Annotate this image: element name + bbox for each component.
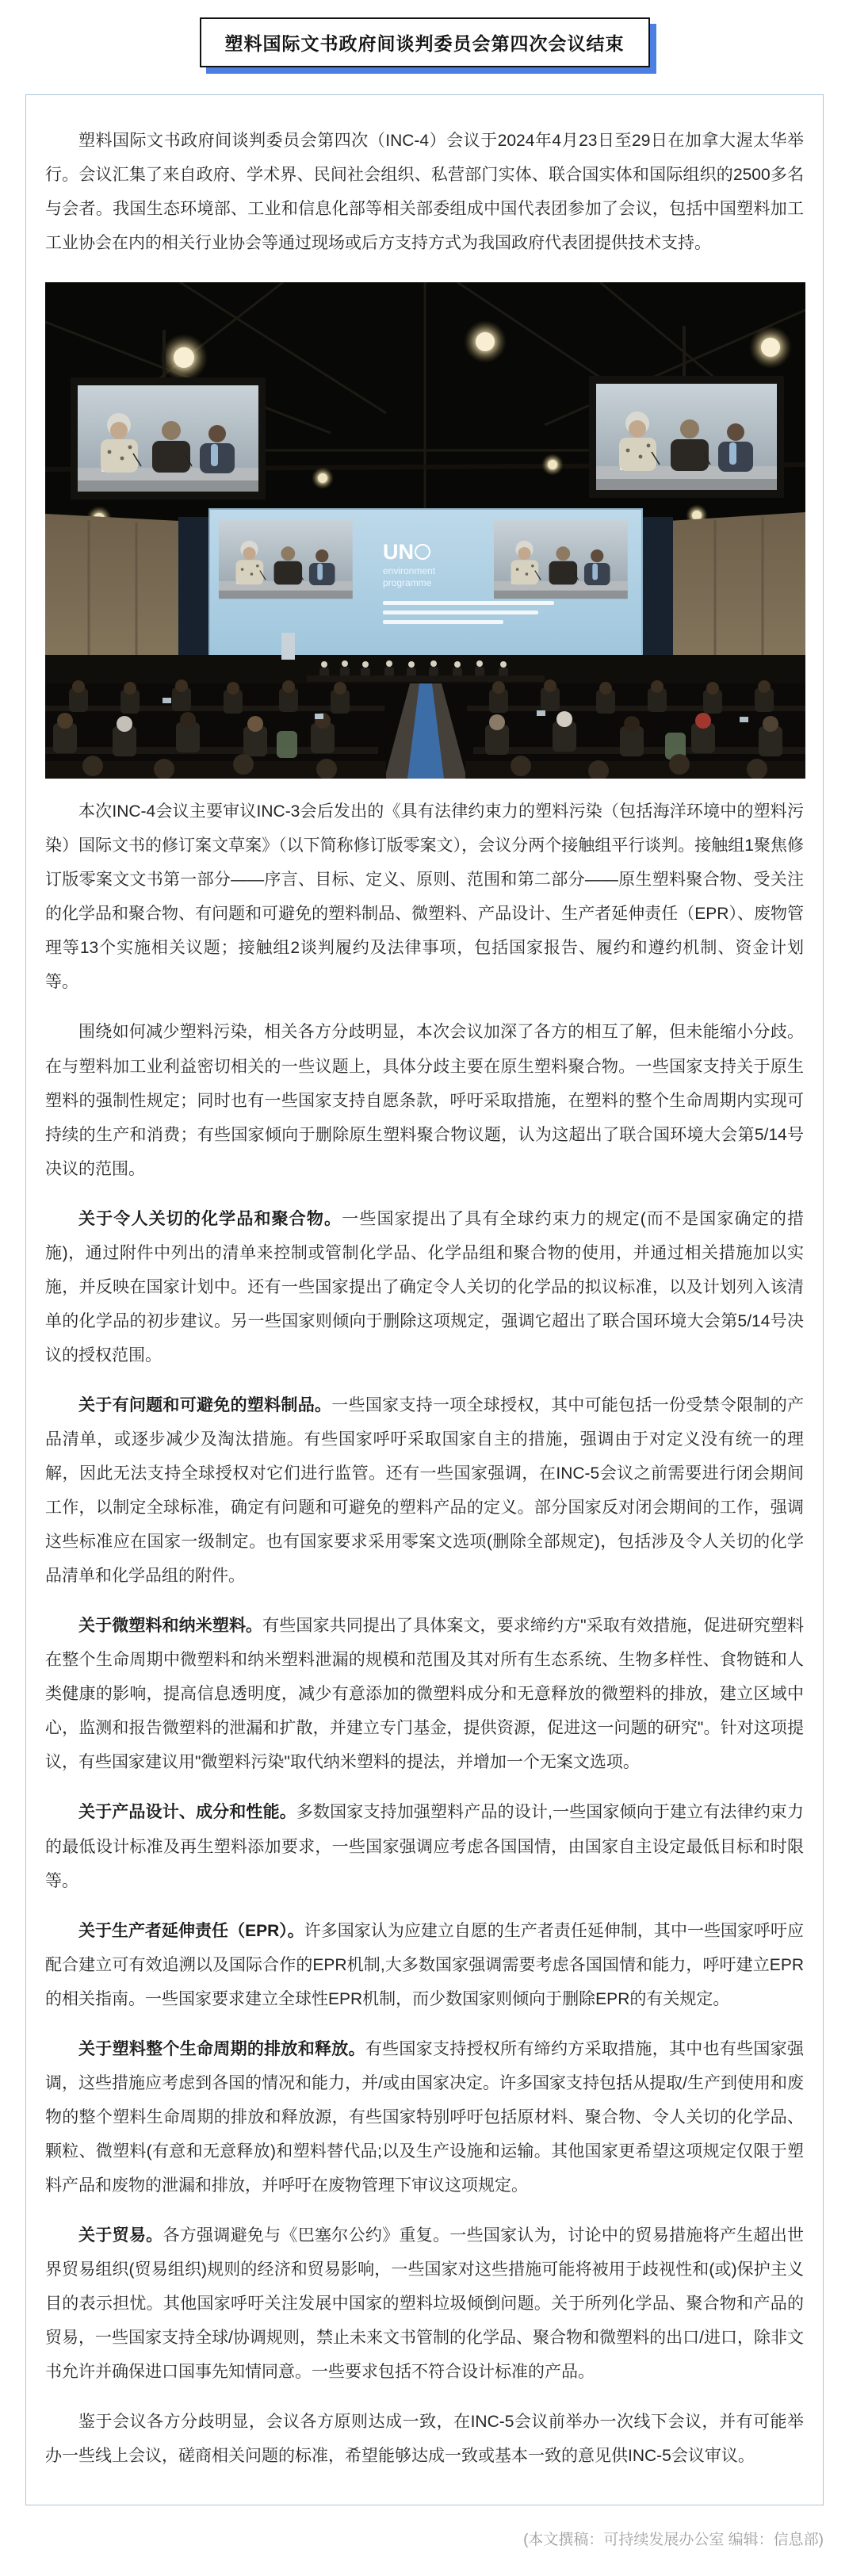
- svg-text:environment: environment: [383, 565, 436, 576]
- article-paragraph: 关于令人关切的化学品和聚合物。一些国家提出了具有全球约束力的规定(而不是国家确定…: [45, 1202, 804, 1372]
- article-paragraph: 鉴于会议各方分歧明显，会议各方原则达成一致，在INC-5会议前举办一次线下会议，…: [45, 2405, 804, 2473]
- article-header: 塑料国际文书政府间谈判委员会第四次会议结束: [0, 0, 849, 67]
- page-title: 塑料国际文书政府间谈判委员会第四次会议结束: [200, 17, 650, 67]
- svg-text:UN: UN: [383, 540, 414, 564]
- article-paragraph: 本次INC-4会议主要审议INC-3会后发出的《具有法律约束力的塑料污染（包括海…: [45, 794, 804, 999]
- article-paragraph: 关于生产者延伸责任（EPR）。许多国家认为应建立自愿的生产者责任延伸制，其中一些…: [45, 1914, 804, 2016]
- conference-photo[interactable]: UN environment programme: [45, 282, 805, 779]
- article-paragraph: 关于贸易。各方强调避免与《巴塞尔公约》重复。一些国家认为，讨论中的贸易措施将产生…: [45, 2218, 804, 2389]
- article-footer: (本文撰稿：可持续发展办公室 编辑：信息部): [25, 2528, 824, 2576]
- article-paragraph: 关于产品设计、成分和性能。多数国家支持加强塑料产品的设计,一些国家倾向于建立有法…: [45, 1795, 804, 1897]
- svg-text:programme: programme: [383, 577, 432, 588]
- article-paragraph: 关于有问题和可避免的塑料制品。一些国家支持一项全球授权，其中可能包括一份受禁令限…: [45, 1388, 804, 1593]
- article-paragraph: 关于微塑料和纳米塑料。有些国家共同提出了具体案文，要求缔约方"采取有效措施，促进…: [45, 1609, 804, 1779]
- article-paragraph: 围绕如何减少塑料污染，相关各方分歧明显，本次会议加深了各方的相互了解，但未能缩小…: [45, 1015, 804, 1185]
- article-paragraph: 关于塑料整个生命周期的排放和释放。有些国家支持授权所有缔约方采取措施，其中也有些…: [45, 2032, 804, 2203]
- article-body: 塑料国际文书政府间谈判委员会第四次（INC-4）会议于2024年4月23日至29…: [25, 94, 824, 2505]
- article-paragraph: 塑料国际文书政府间谈判委员会第四次（INC-4）会议于2024年4月23日至29…: [45, 124, 804, 260]
- main-projection-screen: UN environment programme: [209, 509, 642, 656]
